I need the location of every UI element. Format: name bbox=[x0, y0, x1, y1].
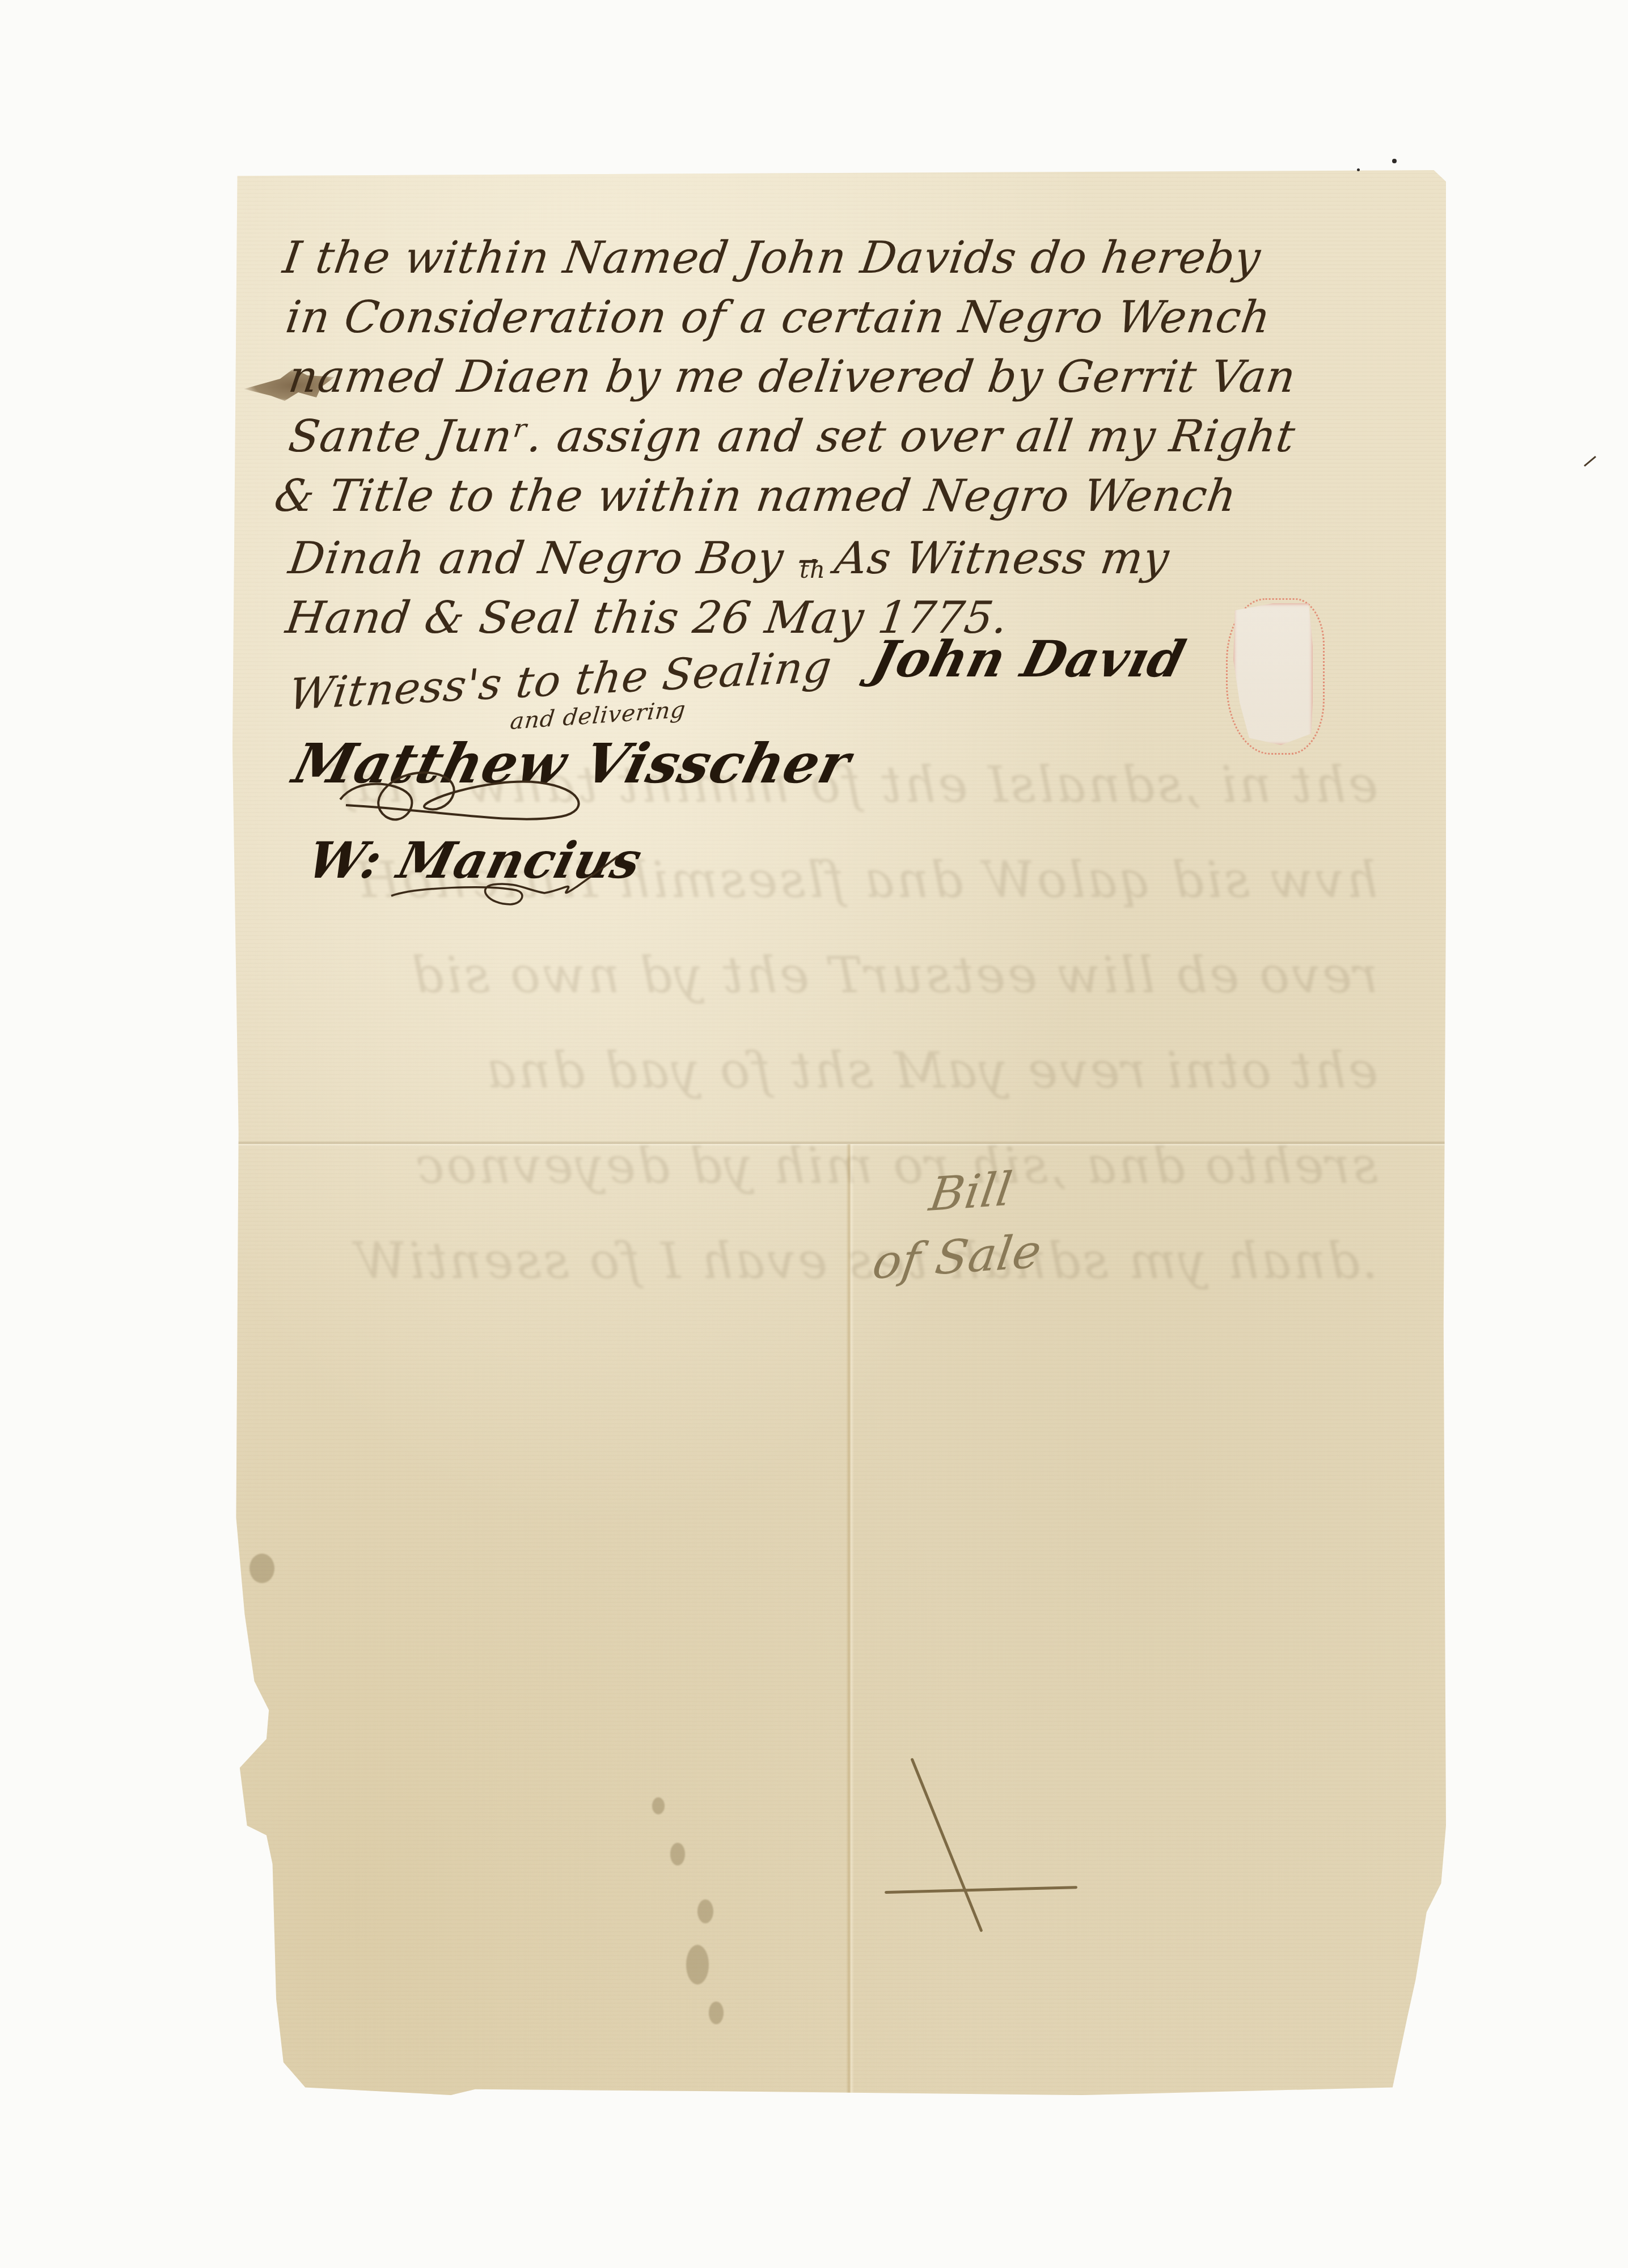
pen-stroke-diagonal bbox=[910, 1758, 983, 1932]
vertical-fold-line bbox=[846, 1144, 854, 2095]
body-line-6: Dinah and Negro Boy – As Witness my bbox=[286, 533, 1173, 584]
body-line-4: Sante Junʳ. assign and set over all my R… bbox=[286, 411, 1299, 462]
ink-drip-stain bbox=[709, 2002, 724, 2024]
ink-drip-stain bbox=[686, 1945, 709, 1984]
horizontal-fold-line bbox=[232, 1141, 1446, 1146]
scan-background: eht ni ,sdnalsI eht fo mmiht tanw rnaf h… bbox=[0, 0, 1628, 2268]
principal-signature-text: John Davıd bbox=[866, 629, 1191, 688]
principal-signature: John Davıd bbox=[866, 629, 1191, 688]
body-line-5: & Title to the within named Negro Wench bbox=[272, 471, 1240, 522]
body-line-1: I the within Named John Davids do hereby bbox=[280, 232, 1264, 283]
seal-paper-patch bbox=[1233, 603, 1313, 745]
body-line-2: in Consideration of a certain Negro Wenc… bbox=[283, 292, 1274, 343]
docket-line-2: of Sale bbox=[869, 1225, 1045, 1290]
ink-drip-stain bbox=[652, 1797, 665, 1814]
edge-stain bbox=[250, 1554, 274, 1583]
ink-drip-stain bbox=[697, 1899, 713, 1923]
ink-drip-stain bbox=[670, 1843, 685, 1865]
pen-stroke-horizontal bbox=[885, 1886, 1077, 1894]
dust-speck bbox=[1357, 168, 1360, 171]
docket-line-1: Bill bbox=[926, 1162, 1016, 1222]
witness-signature-visscher: Matthew Visscher bbox=[287, 731, 857, 796]
reverse-side-bleed-through: eht ni ,sdnalsI eht fo mmiht tanw rnaf h… bbox=[301, 737, 1378, 1309]
body-line-3: named Diaen by me delivered by Gerrit Va… bbox=[286, 352, 1299, 403]
manuscript-sheet: eht ni ,sdnalsI eht fo mmiht tanw rnaf h… bbox=[232, 170, 1446, 2095]
dust-speck bbox=[1392, 159, 1397, 163]
date-superscript: th bbox=[800, 556, 826, 583]
margin-pen-tick bbox=[1584, 456, 1596, 467]
witness-signature-mancius: W: Mancius bbox=[302, 831, 648, 890]
